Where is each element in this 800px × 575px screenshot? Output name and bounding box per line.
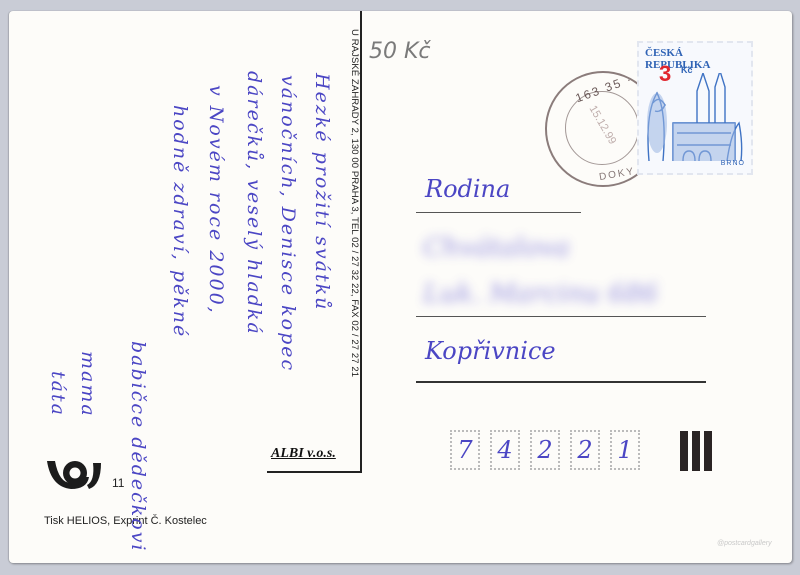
zip-bar xyxy=(704,431,712,471)
message-line: hodně zdraví, pěkné xyxy=(169,105,191,338)
zip-bar xyxy=(680,431,688,471)
recipient-line-3-redacted: Luk. Marcinu 686 xyxy=(423,279,658,309)
message-line: mama xyxy=(77,351,99,418)
address-rule-3 xyxy=(416,381,706,383)
brno-cathedral-icon xyxy=(643,73,747,163)
zip-digit: 2 xyxy=(530,430,560,470)
message-line: v Novém roce 2000, xyxy=(205,85,227,315)
recipient-line-1: Rodina xyxy=(425,175,510,203)
message-line: dárečků, veselý hladká xyxy=(243,71,265,336)
message-line: táta xyxy=(47,371,69,417)
message-line: babičce dědečkovi xyxy=(127,341,149,553)
recipient-line-2-redacted: Chvátalova xyxy=(423,233,570,263)
recipient-city: Kopřivnice xyxy=(425,337,556,365)
address-rule-2 xyxy=(416,316,706,317)
postal-code-bars xyxy=(680,431,712,471)
message-line: vánočních, Denisce kopec xyxy=(277,75,299,372)
zip-digit: 2 xyxy=(570,430,600,470)
stamp-city: BRNO xyxy=(721,160,745,167)
postal-code-boxes: 7 4 2 2 1 xyxy=(450,430,640,470)
postage-stamp: ČESKÁ REPUBLIKA 3 Kč BRNO xyxy=(637,41,753,175)
zip-digit: 4 xyxy=(490,430,520,470)
zip-digit: 7 xyxy=(450,430,480,470)
address-rule-1 xyxy=(416,212,581,213)
zip-bar xyxy=(692,431,700,471)
zip-digit: 1 xyxy=(610,430,640,470)
message-line: Hezké prožití svátků xyxy=(311,73,333,311)
pencil-price-note: 50 Kč xyxy=(369,39,431,64)
postcard: U RAJSKÉ ZAHRADY 2, 130 00 PRAHA 3, TEL … xyxy=(9,11,792,563)
